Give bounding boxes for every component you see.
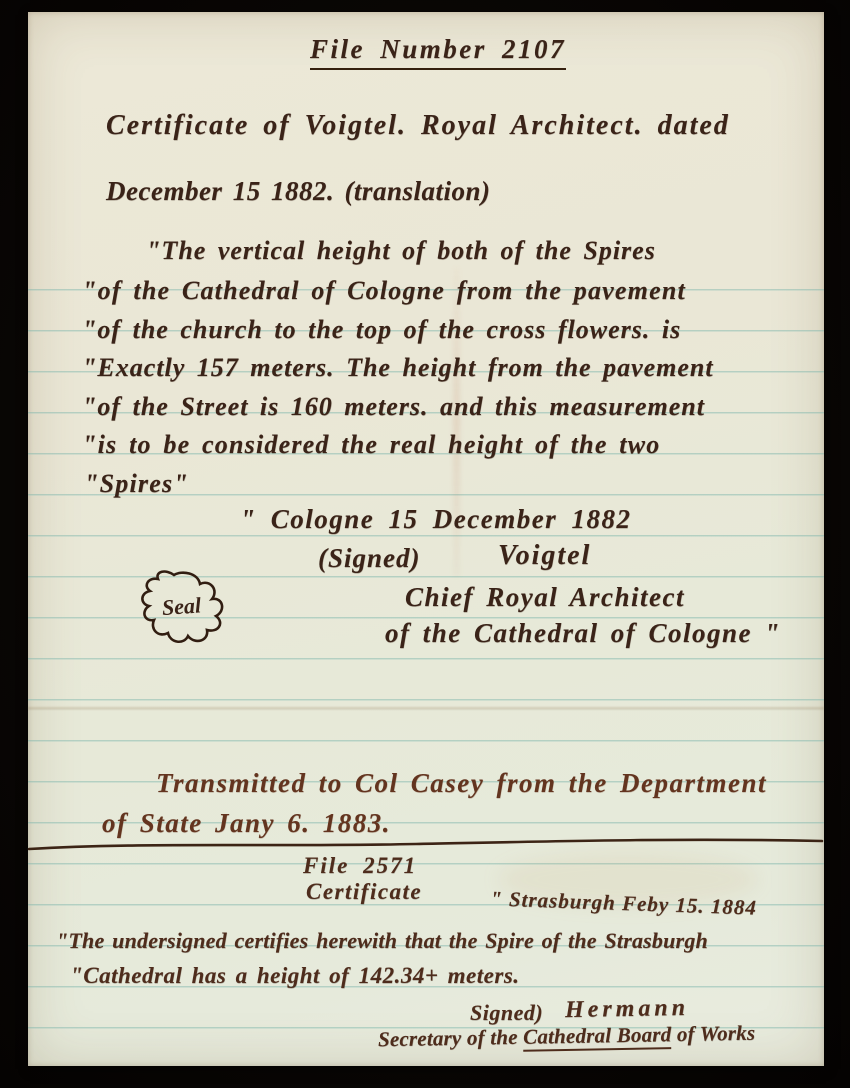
signer-title-line-2: of the Cathedral of Cologne " (385, 618, 781, 649)
seal-drawing: Seal (138, 566, 230, 652)
secretary-prefix: Secretary of the (378, 1025, 524, 1052)
file-number-heading: File Number 2107 (310, 34, 566, 70)
signed-label: (Signed) (318, 543, 421, 574)
quote-line-1: "The vertical height of both of the Spir… (146, 236, 656, 266)
fold-crease (28, 706, 824, 710)
signer-title-line-1: Chief Royal Architect (405, 582, 685, 613)
certificate-place-date: " Cologne 15 December 1882 (240, 504, 631, 535)
certificate-title-line-2: December 15 1882. (translation) (106, 176, 490, 207)
strasburgh-line-1: "The undersigned certifies herewith that… (56, 928, 708, 954)
strasburgh-signed-label: Signed) (470, 1000, 543, 1026)
pen-rule-stroke (26, 830, 826, 856)
secretary-suffix: of Works (671, 1021, 755, 1046)
seal-label: Seal (161, 592, 203, 620)
quote-line-7: "Spires" (84, 469, 189, 499)
certificate-title-line-1: Certificate of Voigtel. Royal Architect.… (106, 110, 730, 142)
transmittal-line-1: Transmitted to Col Casey from the Depart… (156, 768, 767, 799)
quote-line-3: "of the church to the top of the cross f… (82, 315, 681, 345)
signer-name: Voigtel (498, 540, 591, 572)
quote-line-5: "of the Street is 160 meters. and this m… (82, 392, 705, 422)
strasburgh-line-2: "Cathedral has a height of 142.34+ meter… (70, 963, 520, 989)
quote-line-6: "is to be considered the real height of … (82, 430, 660, 460)
quote-line-4: "Exactly 157 meters. The height from the… (82, 353, 714, 383)
secretary-underlined: Cathedral Board (523, 1022, 672, 1052)
file-ref: File 2571 (303, 853, 417, 879)
strasburgh-heading: Certificate (306, 879, 422, 905)
quote-line-2: "of the Cathedral of Cologne from the pa… (82, 276, 686, 306)
strasburgh-signer-name: Hermann (565, 995, 689, 1024)
photo-background: File Number 2107 Certificate of Voigtel.… (0, 0, 850, 1088)
